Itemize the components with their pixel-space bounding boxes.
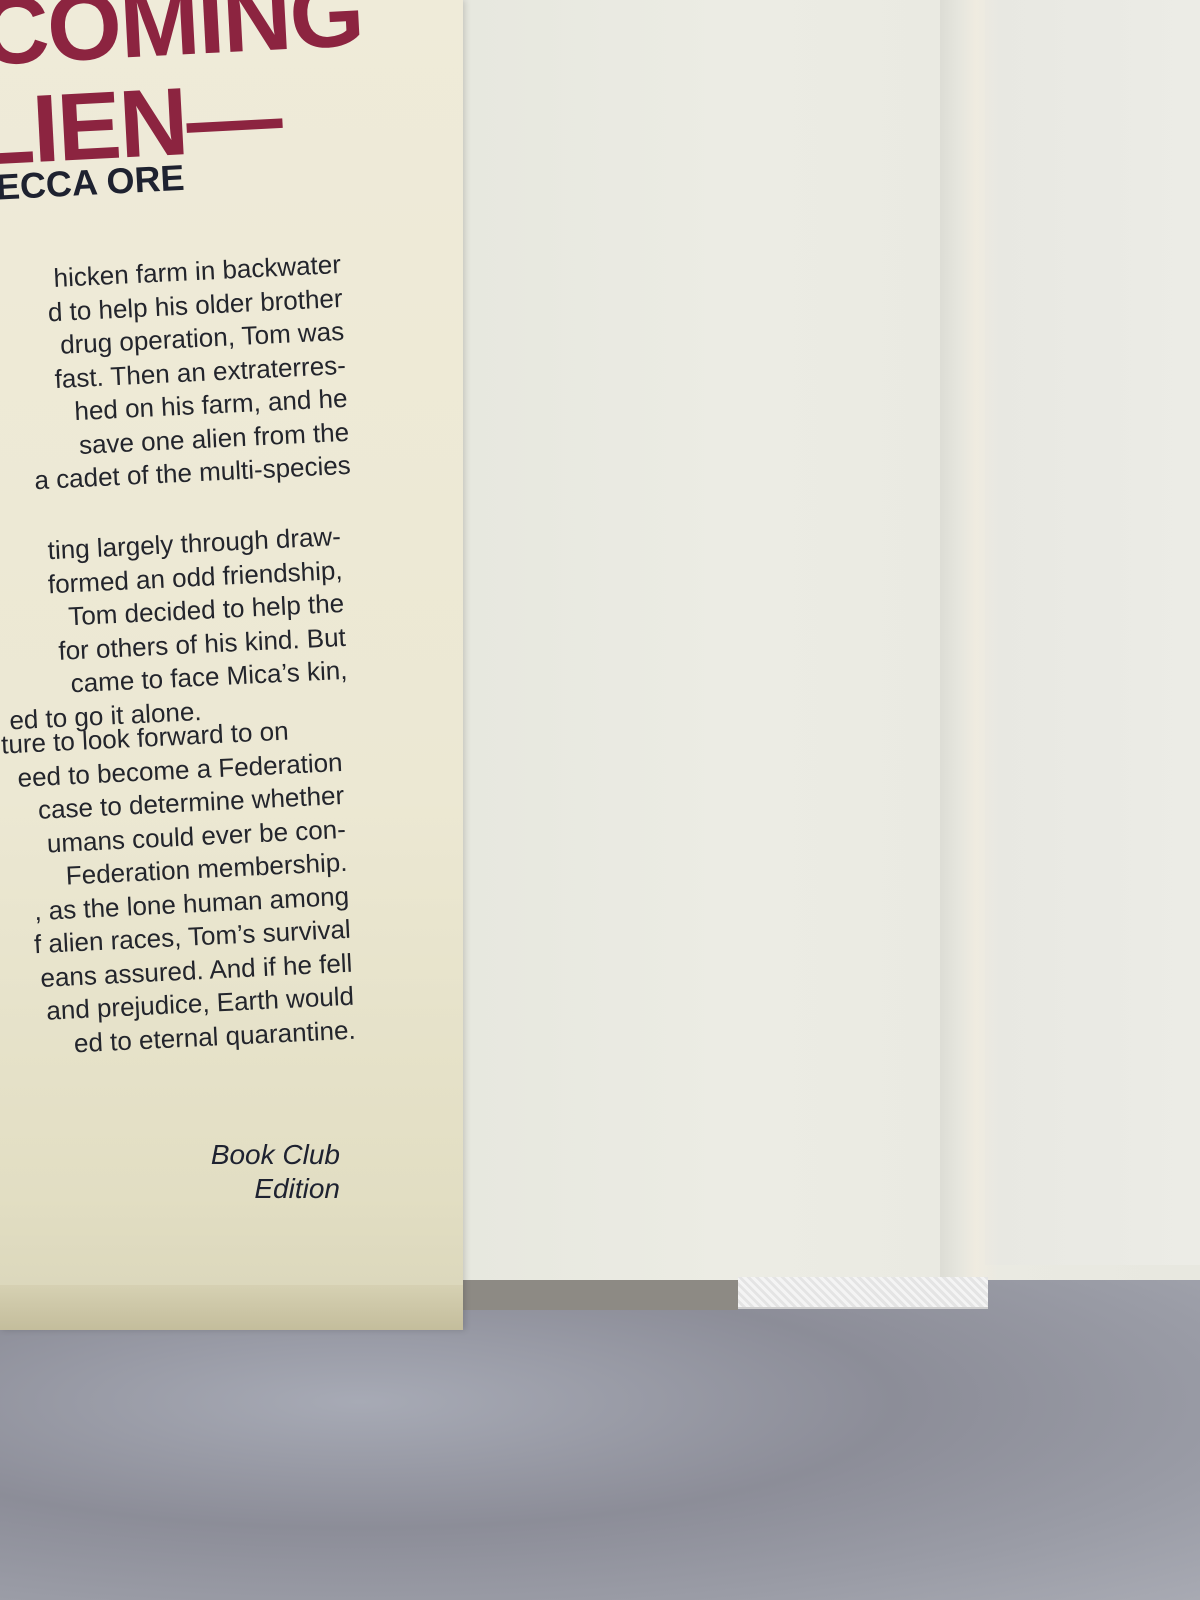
book-board-edge-grey bbox=[462, 1280, 738, 1310]
dust-jacket-flap: COMING LIEN— BECCA ORE hicken farm in ba… bbox=[0, 0, 463, 1330]
book-endpaper-right-panel bbox=[985, 0, 1200, 1265]
book-board-edge-white bbox=[738, 1277, 988, 1309]
blurb-paragraph-1: hicken farm in backwater d to help his o… bbox=[0, 248, 351, 499]
edition-line-1: Book Club bbox=[150, 1138, 340, 1172]
blurb-paragraph-3: ture to look forward to on eed to become… bbox=[0, 712, 356, 1063]
book-club-edition-label: Book Club Edition bbox=[150, 1138, 340, 1206]
book-author: BECCA ORE bbox=[0, 157, 185, 210]
blurb-paragraph-2: ting largely through draw- formed an odd… bbox=[0, 520, 349, 737]
flap-edge-discoloration bbox=[0, 1285, 463, 1330]
endpaper-fold bbox=[940, 0, 1000, 1280]
edition-line-2: Edition bbox=[150, 1172, 340, 1206]
